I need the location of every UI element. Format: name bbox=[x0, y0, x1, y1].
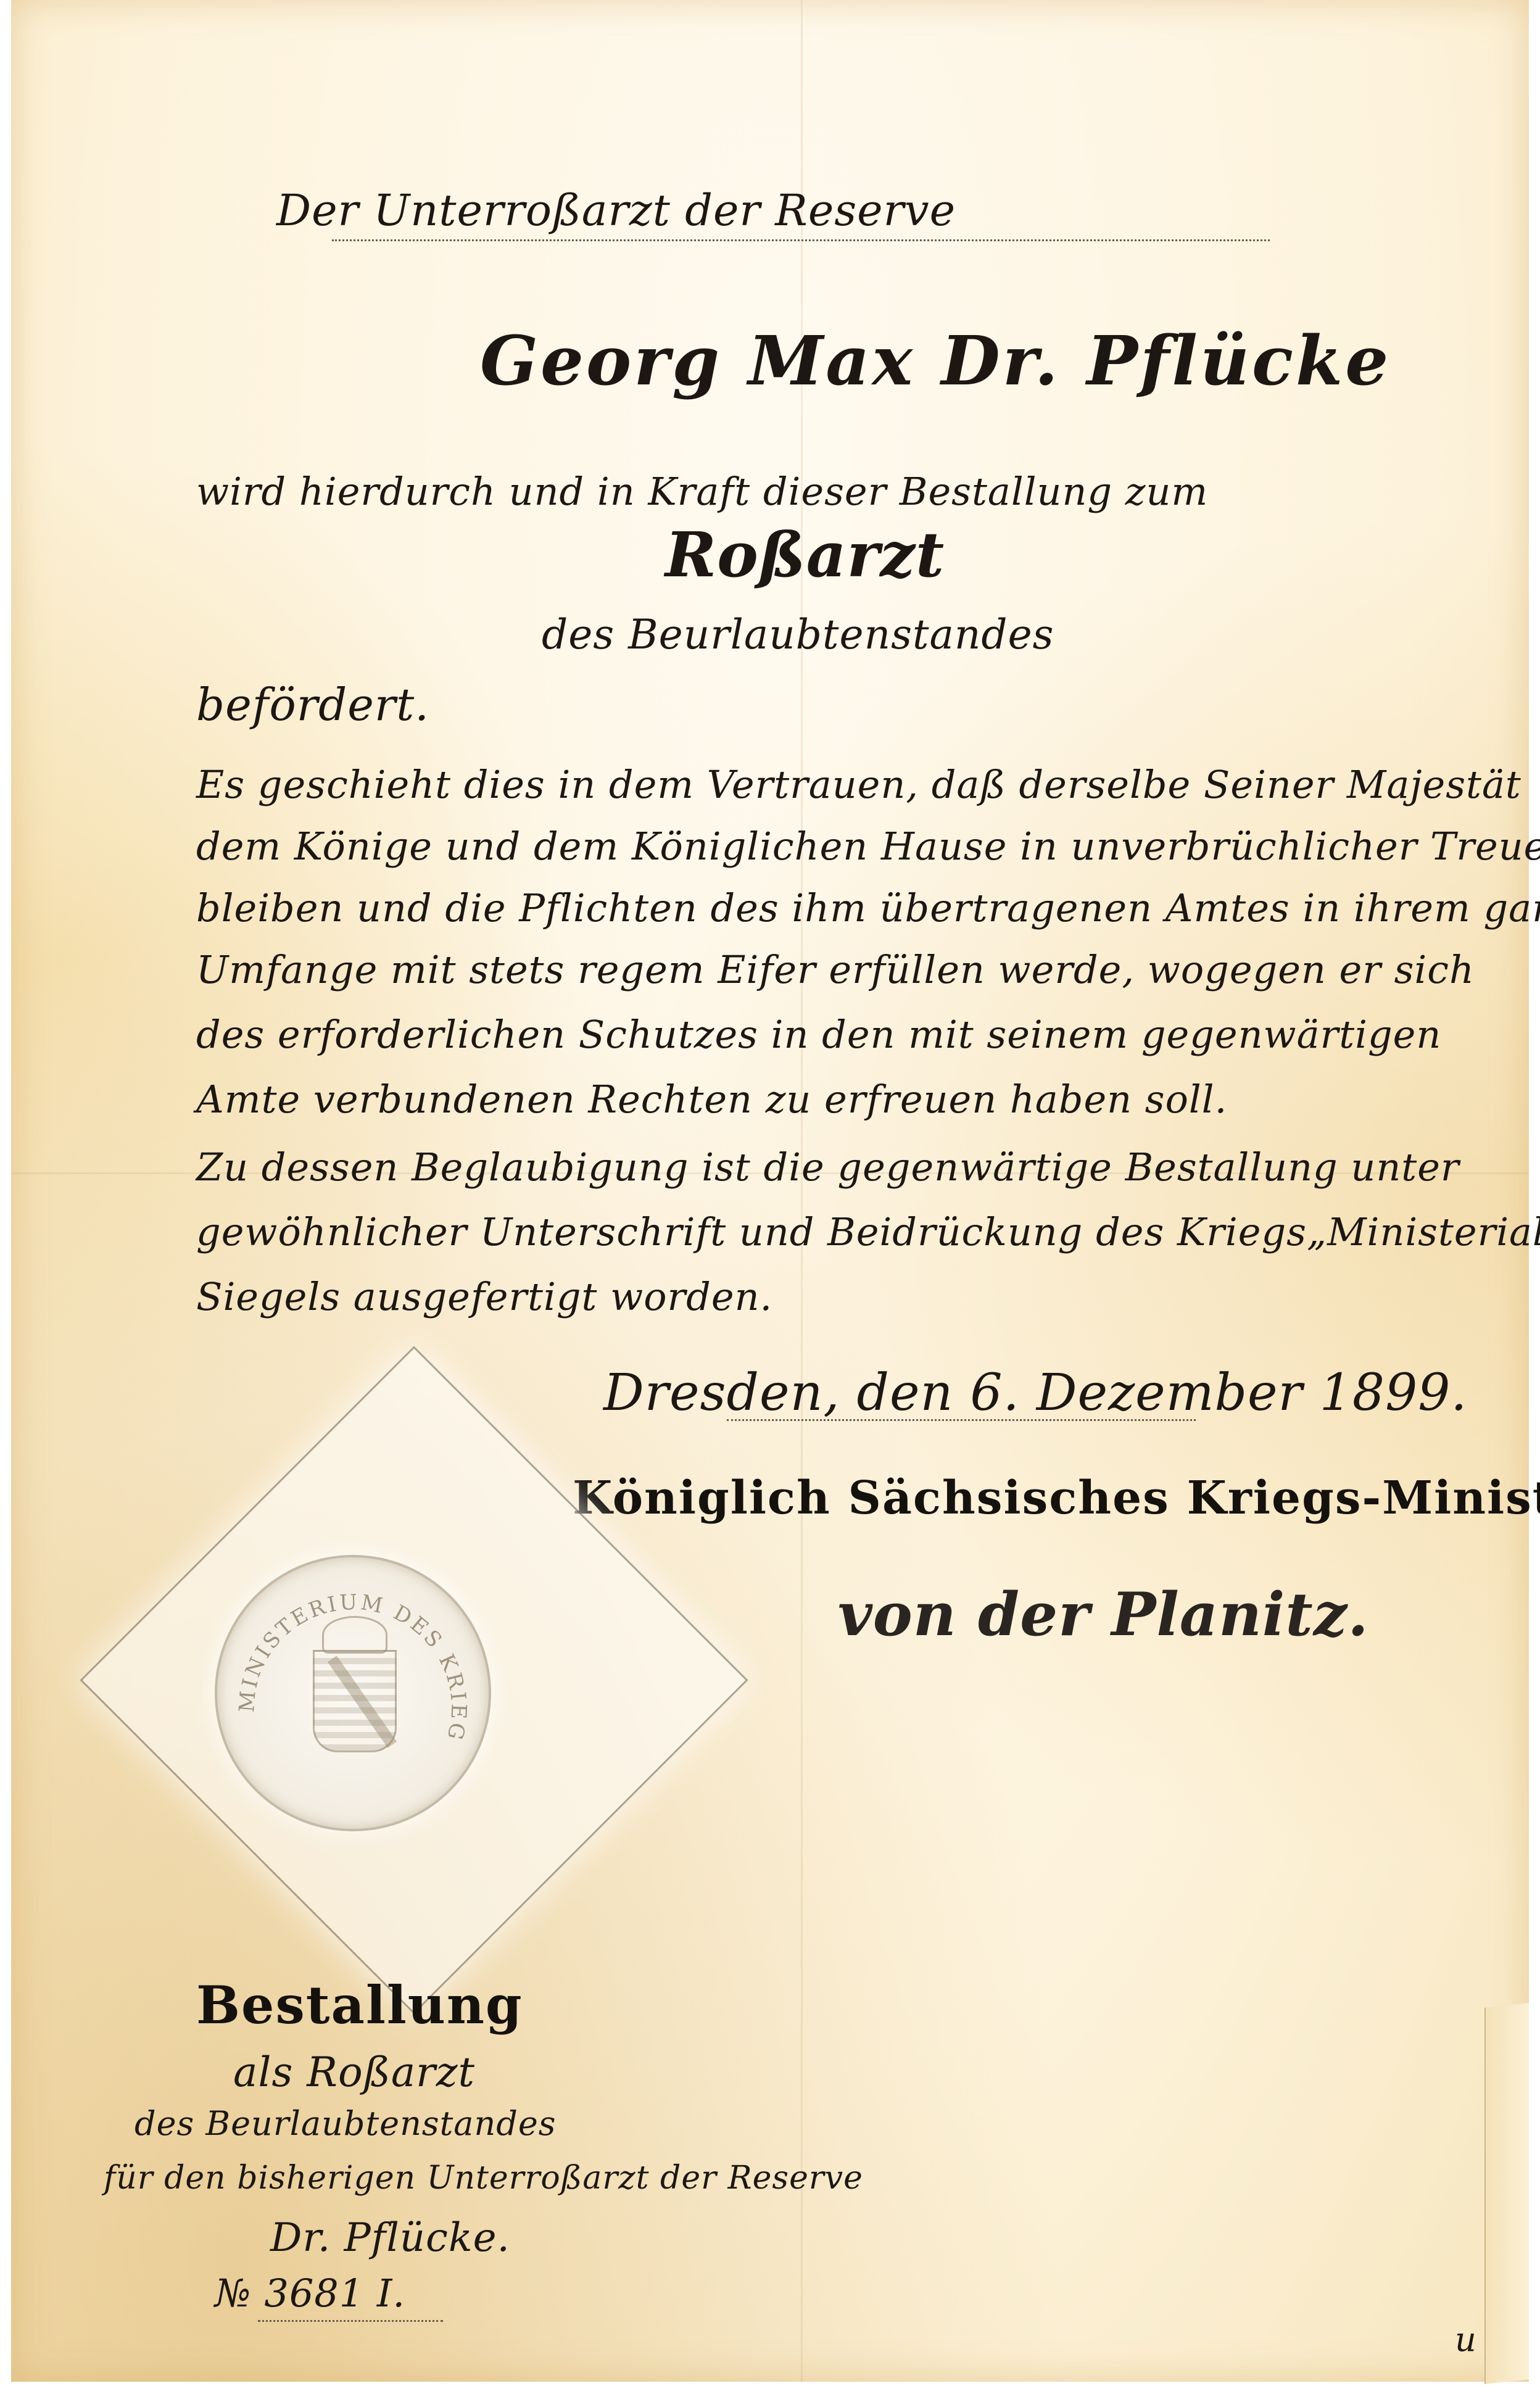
body-line: dem Könige und dem Königlichen Hause in … bbox=[196, 824, 1540, 869]
footer-recipient: Dr. Pflücke. bbox=[270, 2215, 510, 2261]
crown-icon bbox=[322, 1616, 387, 1654]
body-line: Es geschieht dies in dem Vertrauen, daß … bbox=[196, 762, 1521, 807]
corner-mark: u bbox=[1455, 2320, 1477, 2359]
number-value: 3681 I. bbox=[264, 2271, 405, 2316]
number-label: № bbox=[215, 2271, 252, 2316]
intro-dotted-line bbox=[332, 239, 1270, 241]
body-line: gewöhnlicher Unterschrift und Beidrückun… bbox=[196, 1209, 1540, 1254]
seal-icon: MINISTERIUM DES KRIEGES bbox=[215, 1555, 491, 1831]
rank-qualifier: des Beurlaubtenstandes bbox=[542, 611, 1054, 658]
footer-line: als Roßarzt bbox=[233, 2049, 475, 2096]
issuer-ministry: Königlich Sächsisches Kriegs-Ministerium… bbox=[573, 1472, 1540, 1525]
intro-line: Der Unterroßarzt der Reserve bbox=[276, 185, 956, 236]
rank-title: Roßarzt bbox=[665, 518, 945, 591]
signature: von der Planitz. bbox=[838, 1580, 1369, 1649]
body-line: Zu dessen Beglaubigung ist die gegenwärt… bbox=[196, 1145, 1460, 1190]
footer-title: Bestallung bbox=[196, 1974, 523, 2036]
promotion-verb: befördert. bbox=[196, 679, 429, 731]
recipient-name: Georg Max Dr. Pflücke bbox=[480, 321, 1391, 400]
body-line: des erforderlichen Schutzes in den mit s… bbox=[196, 1012, 1441, 1057]
footer-line: für den bisherigen Unterroßarzt der Rese… bbox=[104, 2160, 863, 2197]
number-dotted-line bbox=[258, 2320, 443, 2322]
place-date: Dresden, den 6. Dezember 1899. bbox=[603, 1364, 1468, 1422]
body-line: bleiben und die Pflichten des ihm übertr… bbox=[196, 885, 1540, 930]
promotion-line: wird hierdurch und in Kraft dieser Besta… bbox=[196, 469, 1208, 514]
footer-line: des Beurlaubtenstandes bbox=[135, 2104, 557, 2143]
body-line: Siegels ausgefertigt worden. bbox=[196, 1274, 772, 1319]
date-dotted-line bbox=[727, 1419, 1196, 1421]
footer-number: № 3681 I. bbox=[215, 2271, 405, 2316]
body-line: Amte verbundenen Rechten zu erfreuen hab… bbox=[196, 1077, 1227, 1122]
body-line: Umfange mit stets regem Eifer erfüllen w… bbox=[196, 947, 1475, 992]
folded-corner bbox=[1484, 2003, 1529, 2384]
document-page: Der Unterroßarzt der Reserve Georg Max D… bbox=[11, 0, 1529, 2382]
